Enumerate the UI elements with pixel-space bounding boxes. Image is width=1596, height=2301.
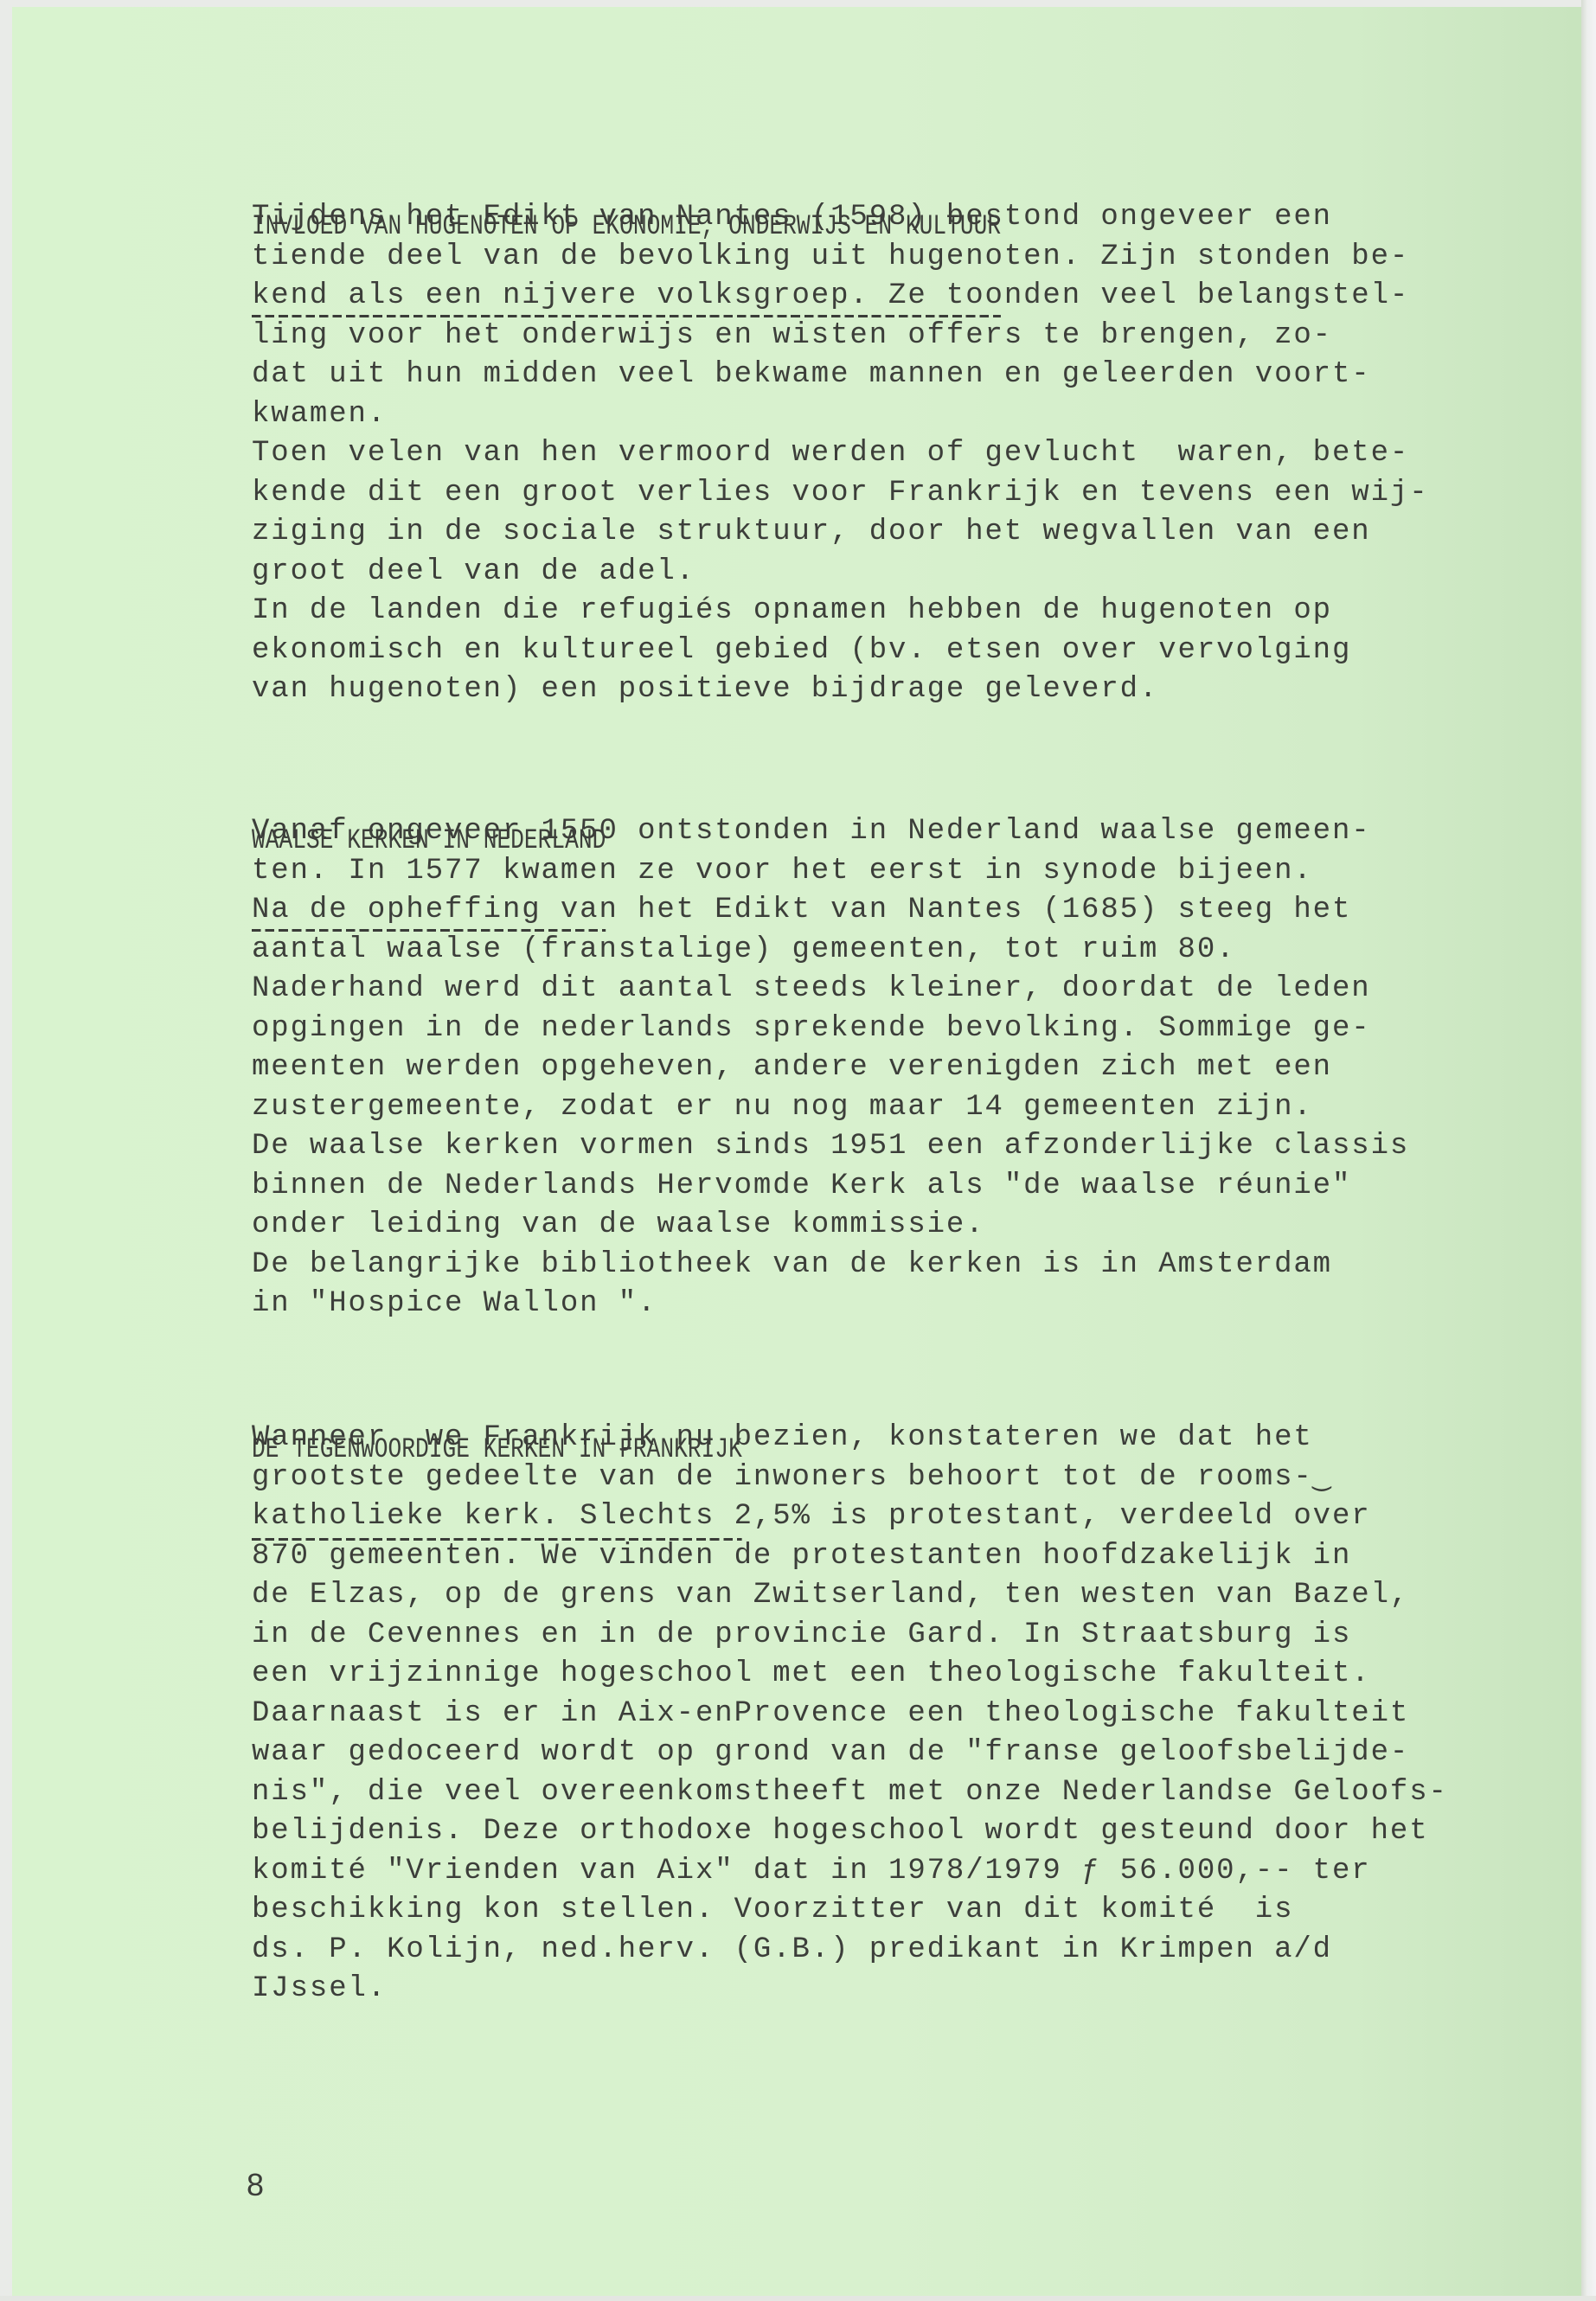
text-line: opgingen in de nederlands sprekende bevo… (252, 1009, 1409, 1049)
scan-edge-right (1581, 0, 1596, 2301)
text-line: ten. In 1577 kwamen ze voor het eerst in… (252, 852, 1409, 892)
text-line: tiende deel van de bevolking uit hugenot… (252, 238, 1429, 278)
text-line: waar gedoceerd wordt op grond van de "fr… (252, 1734, 1448, 1773)
text-line: groot deel van de adel. (252, 553, 1429, 593)
text-line: IJssel. (252, 1970, 1448, 2009)
text-line: Tijdens het Edikt van Nantes (1598) best… (252, 198, 1429, 238)
text-line: grootste gedeelte van de inwoners behoor… (252, 1458, 1448, 1498)
text-line: 870 gemeenten. We vinden de protestanten… (252, 1537, 1448, 1577)
text-line: zustergemeente, zodat er nu nog maar 14 … (252, 1088, 1409, 1128)
text-line: de Elzas, op de grens van Zwitserland, t… (252, 1576, 1448, 1616)
text-line: De waalse kerken vormen sinds 1951 een a… (252, 1127, 1409, 1167)
text-line: aantal waalse (franstalige) gemeenten, t… (252, 931, 1409, 971)
section-body-walloon-churches: Vanaf ongeveer 1550 ontstonden in Nederl… (252, 812, 1409, 1324)
text-line: katholieke kerk. Slechts 2,5% is protest… (252, 1497, 1448, 1537)
text-line: kend als een nijvere volksgroep. Ze toon… (252, 277, 1429, 317)
text-line: ling voor het onderwijs en wisten offers… (252, 317, 1429, 356)
section-body-influence: Tijdens het Edikt van Nantes (1598) best… (252, 198, 1429, 710)
section-body-french-churches: Wanneer we Frankrijk nu bezien, konstate… (252, 1419, 1448, 2009)
text-line: komité "Vrienden van Aix" dat in 1978/19… (252, 1852, 1448, 1892)
page-number: 8 (247, 2167, 264, 2203)
text-line: Daarnaast is er in Aix-enProvence een th… (252, 1695, 1448, 1734)
text-line: kwamen. (252, 395, 1429, 435)
text-line: Na de opheffing van het Edikt van Nantes… (252, 891, 1409, 931)
text-line: van hugenoten) een positieve bijdrage ge… (252, 670, 1429, 710)
text-line: ds. P. Kolijn, ned.herv. (G.B.) predikan… (252, 1931, 1448, 1971)
text-line: binnen de Nederlands Hervomde Kerk als "… (252, 1167, 1409, 1207)
scan-edge-bottom (0, 2296, 1596, 2301)
text-line: nis", die veel overeenkomstheeft met onz… (252, 1773, 1448, 1813)
text-line: beschikking kon stellen. Voorzitter van … (252, 1891, 1448, 1931)
text-line: een vrijzinnige hogeschool met een theol… (252, 1655, 1448, 1695)
text-line: ziging in de sociale struktuur, door het… (252, 513, 1429, 553)
text-line: in de Cevennes en in de provincie Gard. … (252, 1616, 1448, 1656)
text-line: meenten werden opgeheven, andere verenig… (252, 1048, 1409, 1088)
text-line: dat uit hun midden veel bekwame mannen e… (252, 356, 1429, 395)
text-line: Naderhand werd dit aantal steeds kleiner… (252, 970, 1409, 1009)
text-line: Toen velen van hen vermoord werden of ge… (252, 434, 1429, 474)
text-line: belijdenis. Deze orthodoxe hogeschool wo… (252, 1812, 1448, 1852)
text-line: ekonomisch en kultureel gebied (bv. etse… (252, 631, 1429, 671)
text-line: in "Hospice Wallon ". (252, 1285, 1409, 1324)
text-line: Wanneer we Frankrijk nu bezien, konstate… (252, 1419, 1448, 1458)
text-line: kende dit een groot verlies voor Frankri… (252, 474, 1429, 514)
text-line: De belangrijke bibliotheek van de kerken… (252, 1246, 1409, 1285)
text-line: In de landen die refugiés opnamen hebben… (252, 592, 1429, 631)
text-line: onder leiding van de waalse kommissie. (252, 1206, 1409, 1246)
text-line: Vanaf ongeveer 1550 ontstonden in Nederl… (252, 812, 1409, 852)
